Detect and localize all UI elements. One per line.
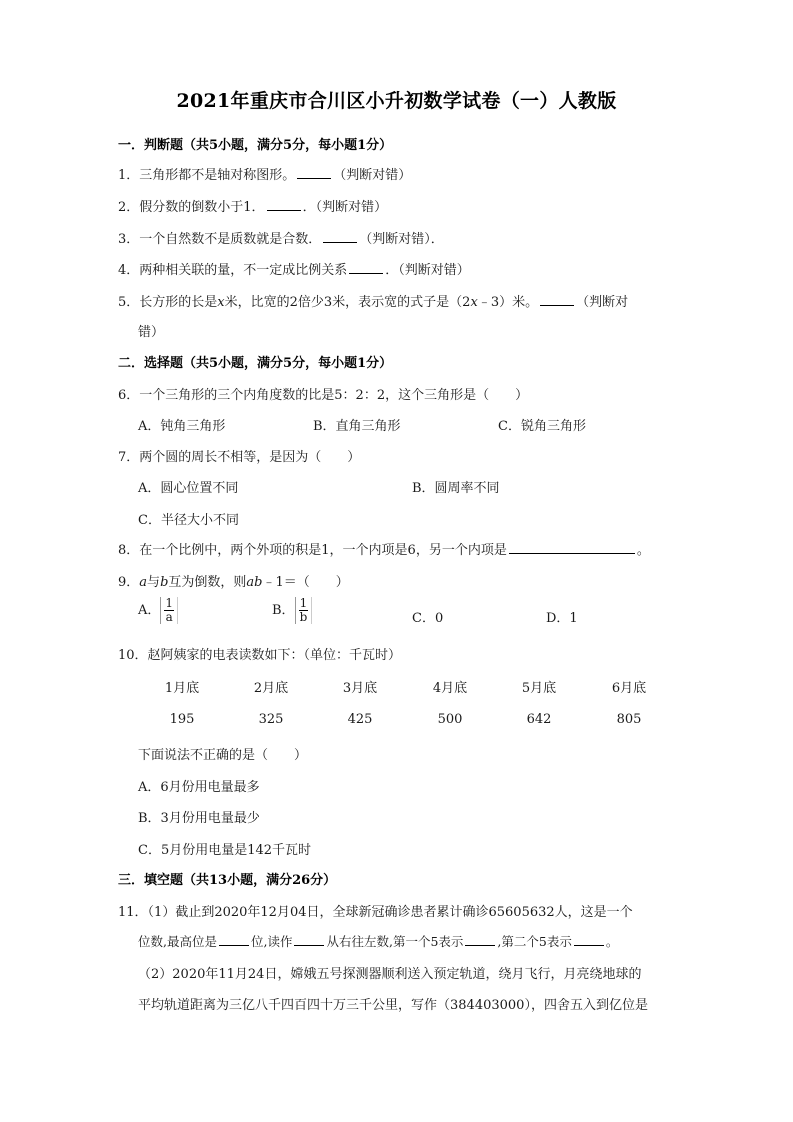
question-11-line-2: 位数,最高位是位,读作从右往左数,第一个5表示,第二个5表示。 xyxy=(138,932,618,950)
question-9: 9．a与b互为倒数，则ab﹣1＝（ ） xyxy=(118,571,349,590)
question-text: ,第二个5表示 xyxy=(497,934,571,949)
question-number: 3． xyxy=(118,232,139,247)
table-cell: 642 xyxy=(509,712,569,727)
question-5-wrap: 错） xyxy=(138,321,164,340)
expression-ab: ab xyxy=(246,575,262,590)
question-tail: 。 xyxy=(637,543,650,558)
question-tail: （判断对错） xyxy=(333,168,411,183)
option-a[interactable]: A．圆心位置不同 xyxy=(138,477,238,496)
question-text: 假分数的倒数小于1． xyxy=(139,200,264,215)
answer-blank[interactable] xyxy=(267,198,301,211)
question-number: 1． xyxy=(118,168,139,183)
question-10: 10．赵阿姨家的电表读数如下：（单位：千瓦时） xyxy=(118,644,401,663)
question-text: 米，比宽的2倍少3米，表示宽的式子是（2 xyxy=(225,295,471,310)
fraction-1-over-a: 1a xyxy=(160,597,178,624)
answer-blank[interactable] xyxy=(465,933,495,946)
option-c[interactable]: C．半径大小不同 xyxy=(138,509,239,528)
question-text: 在一个比例中，两个外项的积是1，一个内项是6，另一个内项是 xyxy=(139,543,507,558)
option-a[interactable]: A．1a xyxy=(138,597,178,624)
question-6: 6．一个三角形的三个内角度数的比是5：2：2，这个三角形是（ ） xyxy=(118,384,528,403)
question-tail: ．（判断对错） xyxy=(385,263,470,278)
answer-blank[interactable] xyxy=(574,933,604,946)
question-text: 两种相关联的量，不一定成比例关系 xyxy=(139,263,347,278)
option-b[interactable]: B．1b xyxy=(272,597,312,624)
exam-page: 2021年重庆市合川区小升初数学试卷（一）人教版 一．判断题（共5小题，满分5分… xyxy=(0,0,793,1122)
fraction-numerator: 1 xyxy=(164,597,174,611)
question-text: 长方形的长是 xyxy=(139,295,217,310)
answer-blank[interactable] xyxy=(349,261,383,274)
question-number: 4． xyxy=(118,263,139,278)
table-cell: 805 xyxy=(599,712,659,727)
question-number: 7． xyxy=(118,450,139,465)
question-text: 三角形都不是轴对称图形。 xyxy=(139,168,295,183)
question-4: 4．两种相关联的量，不一定成比例关系．（判断对错） xyxy=(118,259,470,278)
question-text: 两个圆的周长不相等，是因为（ ） xyxy=(139,450,360,465)
fraction-denominator: b xyxy=(299,611,309,624)
question-text: 。 xyxy=(606,934,619,949)
question-tail: ﹣1＝（ ） xyxy=(262,575,348,590)
question-number: 9． xyxy=(118,575,139,590)
option-c[interactable]: C．5月份用电量是142千瓦时 xyxy=(138,839,311,858)
question-11-line-3: （2）2020年11月24日，嫦娥五号探测器顺利送入预定轨道，绕月飞行，月亮绕地… xyxy=(138,963,641,982)
question-text: 位,读作 xyxy=(251,934,292,949)
question-10-prompt: 下面说法不正确的是（ ） xyxy=(138,744,307,763)
page-title: 2021年重庆市合川区小升初数学试卷（一）人教版 xyxy=(0,86,793,113)
question-7: 7．两个圆的周长不相等，是因为（ ） xyxy=(118,446,360,465)
question-text: 与 xyxy=(147,575,160,590)
option-b[interactable]: B．圆周率不同 xyxy=(412,477,500,496)
question-number: 2． xyxy=(118,200,139,215)
question-text: 位数,最高位是 xyxy=(138,934,217,949)
table-header: 6月底 xyxy=(599,677,659,696)
table-header: 1月底 xyxy=(152,677,212,696)
variable-x: x xyxy=(217,295,224,310)
fraction-denominator: a xyxy=(165,611,174,624)
table-cell: 425 xyxy=(330,712,390,727)
answer-blank[interactable] xyxy=(323,230,357,243)
answer-blank[interactable] xyxy=(297,166,331,179)
variable-a: a xyxy=(139,575,147,590)
option-c[interactable]: C．锐角三角形 xyxy=(498,415,586,434)
table-header: 2月底 xyxy=(241,677,301,696)
question-tail: （判断对 xyxy=(576,295,628,310)
answer-blank[interactable] xyxy=(294,933,324,946)
question-number: 8． xyxy=(118,543,139,558)
option-c[interactable]: C．0 xyxy=(412,607,443,626)
answer-blank[interactable] xyxy=(540,293,574,306)
question-tail: （判断对错）． xyxy=(359,232,444,247)
option-label: A． xyxy=(138,603,160,618)
question-3: 3．一个自然数不是质数就是合数．（判断对错）． xyxy=(118,228,444,247)
option-b[interactable]: B．直角三角形 xyxy=(313,415,401,434)
section-heading-fill-in: 三．填空题（共13小题，满分26分） xyxy=(118,869,336,888)
question-1: 1．三角形都不是轴对称图形。（判断对错） xyxy=(118,164,411,183)
fraction-1-over-b: 1b xyxy=(295,597,313,624)
fraction-numerator: 1 xyxy=(299,597,309,611)
question-tail: ．（判断对错） xyxy=(303,200,388,215)
variable-x: x xyxy=(470,295,477,310)
question-text: 赵阿姨家的电表读数如下：（单位：千瓦时） xyxy=(148,648,402,663)
question-text: ﹣3）米。 xyxy=(478,295,538,310)
question-text: 互为倒数，则 xyxy=(168,575,246,590)
table-cell: 195 xyxy=(152,712,212,727)
option-a[interactable]: A．6月份用电量最多 xyxy=(138,776,260,795)
question-11-line-1: 11．（1）截止到2020年12月04日，全球新冠确诊患者累计确诊6560563… xyxy=(118,901,633,920)
question-2: 2．假分数的倒数小于1．．（判断对错） xyxy=(118,196,387,215)
section-heading-judgement: 一．判断题（共5小题，满分5分，每小题1分） xyxy=(118,134,392,153)
question-number: 10． xyxy=(118,648,148,663)
answer-blank[interactable] xyxy=(219,933,249,946)
option-label: B． xyxy=(272,603,295,618)
table-header: 5月底 xyxy=(509,677,569,696)
table-header: 3月底 xyxy=(330,677,390,696)
question-11-line-4: 平均轨道距离为三亿八千四百四十万三千公里，写作（384403000），四舍五入到… xyxy=(138,994,648,1013)
table-header: 4月底 xyxy=(420,677,480,696)
question-text: 一个自然数不是质数就是合数． xyxy=(139,232,321,247)
question-number: 11． xyxy=(118,905,148,920)
table-cell: 500 xyxy=(420,712,480,727)
option-b[interactable]: B．3月份用电量最少 xyxy=(138,807,260,826)
question-number: 5． xyxy=(118,295,139,310)
table-cell: 325 xyxy=(241,712,301,727)
option-d[interactable]: D．1 xyxy=(546,607,578,626)
question-text: 从右往左数,第一个5表示 xyxy=(326,934,463,949)
answer-blank[interactable] xyxy=(509,541,635,554)
question-text: （1）截止到2020年12月04日，全球新冠确诊患者累计确诊65605632人，… xyxy=(148,905,633,920)
section-heading-choice: 二．选择题（共5小题，满分5分，每小题1分） xyxy=(118,352,392,371)
option-a[interactable]: A．钝角三角形 xyxy=(138,415,225,434)
question-8: 8．在一个比例中，两个外项的积是1，一个内项是6，另一个内项是。 xyxy=(118,539,650,558)
question-5: 5．长方形的长是x米，比宽的2倍少3米，表示宽的式子是（2x﹣3）米。（判断对 xyxy=(118,291,628,310)
